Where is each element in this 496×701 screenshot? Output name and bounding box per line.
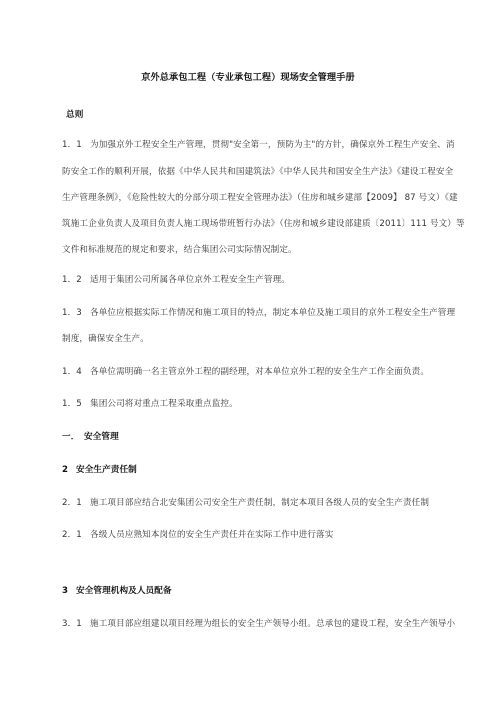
section-number: 一． bbox=[62, 431, 84, 443]
paragraph-1-4: 1．4各单位需明确一名主管京外工程的副经理，对本单位京外工程的安全生产工作全面负… bbox=[62, 366, 429, 378]
document-title: 京外总承包工程（专业承包工程）现场安全管理手册 bbox=[0, 72, 496, 84]
clause-number: 1．5 bbox=[62, 398, 90, 410]
paragraph-1-1-line-5: 文件和标准规范的规定和要求，结合集团公司实际情况制定。 bbox=[62, 244, 297, 256]
section-heading-3: 3安全管理机构及人员配备 bbox=[62, 585, 172, 597]
section-heading-1: 一．安全管理 bbox=[62, 431, 119, 443]
section-number: 2 bbox=[62, 464, 76, 476]
clause-number: 1．2 bbox=[62, 274, 90, 286]
paragraph-1-3-line-1: 1．3各单位应根据实际工作情况和施工项目的特点，制定本单位及施工项目的京外工程安… bbox=[62, 307, 455, 319]
clause-number: 2．1 bbox=[62, 497, 90, 509]
section-heading-general: 总则 bbox=[66, 109, 83, 121]
paragraph-text: 为加强京外工程安全生产管理，贯彻"安全第一，预防为主"的方针，确保京外工程生产安… bbox=[90, 140, 455, 150]
section-label: 安全生产责任制 bbox=[76, 465, 137, 475]
paragraph-2-1-b: 2．1各级人员应熟知本岗位的安全生产责任并在实际工作中进行落实 bbox=[62, 529, 333, 541]
paragraph-1-1-line-3: 生产管理条例》，《危险性较大的分部分项工程安全管理办法》（住房和城乡建部【200… bbox=[62, 192, 458, 204]
paragraph-1-1-line-4: 筑施工企业负责人及项目负责人施工现场带班暂行办法》（住房和城乡建设部建质〔201… bbox=[62, 218, 465, 230]
paragraph-1-2: 1．2适用于集团公司所属各单位京外工程安全生产管理。 bbox=[62, 274, 290, 286]
section-label: 安全管理机构及人员配备 bbox=[76, 586, 172, 596]
paragraph-text: 集团公司将对重点工程采取重点监控。 bbox=[90, 399, 238, 409]
paragraph-text: 适用于集团公司所属各单位京外工程安全生产管理。 bbox=[90, 275, 290, 285]
paragraph-1-1-line-2: 防安全工作的顺利开展，依据《中华人民共和国建筑法》《中华人民共和国安全生产法》《… bbox=[62, 166, 453, 178]
clause-number: 3．1 bbox=[62, 618, 90, 630]
paragraph-text: 各级人员应熟知本岗位的安全生产责任并在实际工作中进行落实 bbox=[90, 530, 333, 540]
paragraph-3-1: 3．1施工项目部应组建以项目经理为组长的安全生产领导小组。总承包的建设工程，安全… bbox=[62, 618, 455, 630]
paragraph-text: 施工项目部应结合北安集团公司安全生产责任制，制定本项目各级人员的安全生产责任制 bbox=[90, 498, 429, 508]
clause-number: 1．3 bbox=[62, 307, 90, 319]
section-label: 安全管理 bbox=[84, 432, 119, 442]
paragraph-1-5: 1．5集团公司将对重点工程采取重点监控。 bbox=[62, 398, 238, 410]
paragraph-text: 各单位需明确一名主管京外工程的副经理，对本单位京外工程的安全生产工作全面负责。 bbox=[90, 367, 429, 377]
paragraph-1-3-line-2: 制度，确保安全生产。 bbox=[62, 333, 149, 345]
section-heading-2: 2安全生产责任制 bbox=[62, 464, 137, 476]
paragraph-1-1-line-1: 1．1为加强京外工程安全生产管理，贯彻"安全第一，预防为主"的方针，确保京外工程… bbox=[62, 139, 455, 151]
paragraph-text: 各单位应根据实际工作情况和施工项目的特点，制定本单位及施工项目的京外工程安全生产… bbox=[90, 308, 455, 318]
clause-number: 2．1 bbox=[62, 529, 90, 541]
clause-number: 1．4 bbox=[62, 366, 90, 378]
clause-number: 1．1 bbox=[62, 139, 90, 151]
section-number: 3 bbox=[62, 585, 76, 597]
paragraph-2-1-a: 2．1施工项目部应结合北安集团公司安全生产责任制，制定本项目各级人员的安全生产责… bbox=[62, 497, 429, 509]
paragraph-text: 施工项目部应组建以项目经理为组长的安全生产领导小组。总承包的建设工程，安全生产领… bbox=[90, 619, 455, 629]
